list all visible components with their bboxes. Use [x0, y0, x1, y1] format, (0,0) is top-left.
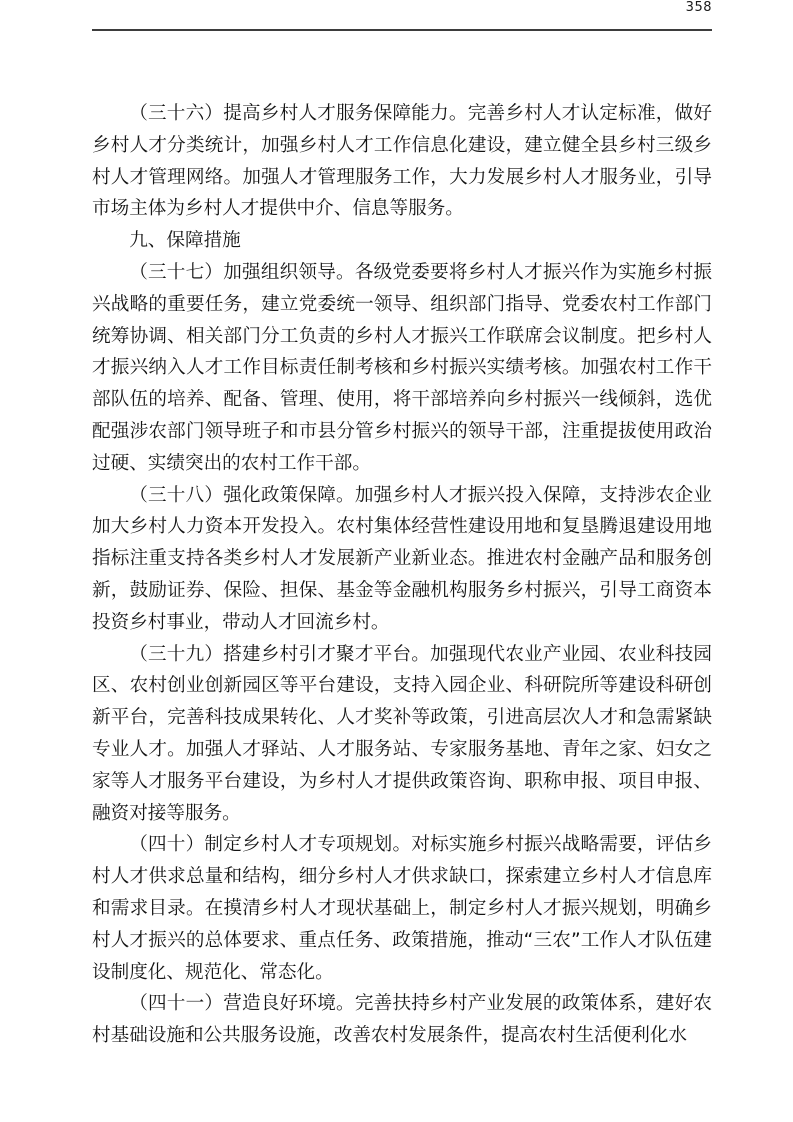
document-body: （三十六）提高乡村人才服务保障能力。完善乡村人才认定标准，做好乡村人才分类统计，… [92, 98, 712, 1052]
paragraph-36: （三十六）提高乡村人才服务保障能力。完善乡村人才认定标准，做好乡村人才分类统计，… [92, 98, 712, 225]
paragraph-41: （四十一）营造良好环境。完善扶持乡村产业发展的政策体系，建好农村基础设施和公共服… [92, 988, 712, 1052]
section-heading-9: 九、保障措施 [92, 225, 712, 257]
paragraph-37: （三十七）加强组织领导。各级党委要将乡村人才振兴作为实施乡村振兴战略的重要任务，… [92, 257, 712, 480]
paragraph-38: （三十八）强化政策保障。加强乡村人才振兴投入保障，支持涉农企业加大乡村人力资本开… [92, 480, 712, 639]
paragraph-40: （四十）制定乡村人才专项规划。对标实施乡村振兴战略需要，评估乡村人才供求总量和结… [92, 829, 712, 988]
document-page: 358 （三十六）提高乡村人才服务保障能力。完善乡村人才认定标准，做好乡村人才分… [0, 0, 793, 1122]
page-number: 358 [686, 0, 712, 16]
header-rule [92, 29, 712, 31]
paragraph-39: （三十九）搭建乡村引才聚才平台。加强现代农业产业园、农业科技园区、农村创业创新园… [92, 639, 712, 830]
